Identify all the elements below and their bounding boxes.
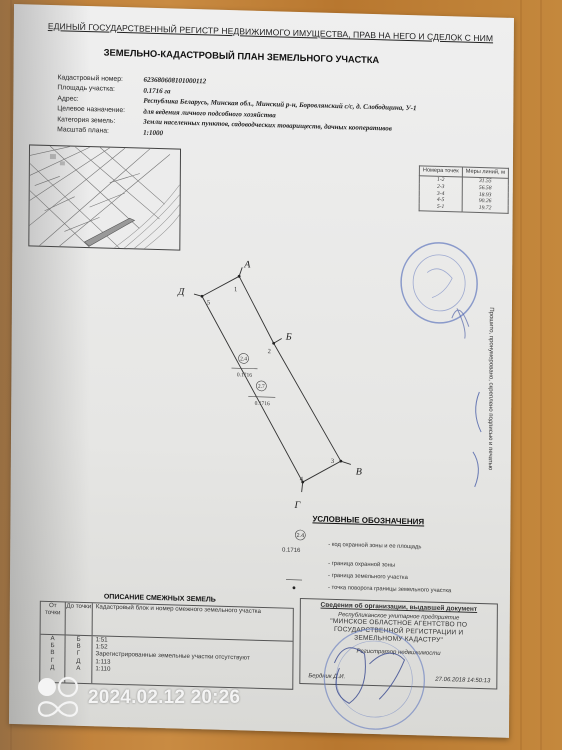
svg-text:3: 3 — [331, 458, 334, 465]
margin-certification-note: Прошито, пронумеровано, скреплено подпис… — [459, 301, 500, 512]
svg-text:1: 1 — [234, 286, 237, 293]
registrar-name: Бердник Д.И. — [308, 673, 345, 680]
svg-text:5: 5 — [207, 299, 210, 306]
issue-datetime: 27.06.2018 14:50:13 — [435, 677, 490, 685]
legend-item-turn-point: - точка поворота границы земельного учас… — [328, 585, 451, 594]
overview-map — [28, 144, 181, 250]
issuing-organization: Сведения об организации, выдавшей докуме… — [299, 598, 498, 690]
corner-g: Г — [294, 500, 301, 511]
svg-text:2: 2 — [268, 348, 271, 355]
line-lengths-table: Номера точек Меры линий, м 1-231.55 2-35… — [419, 165, 509, 213]
svg-text:2.7: 2.7 — [258, 384, 265, 390]
table-row: 5-119.72 — [419, 204, 508, 214]
document-title: ЗЕМЕЛЬНО-КАДАСТРОВЫЙ ПЛАН ЗЕМЕЛЬНОГО УЧА… — [104, 47, 380, 66]
svg-text:Прошито, пронумеровано, скрепл: Прошито, пронумеровано, скреплено подпис… — [487, 307, 494, 471]
corner-d: Д — [177, 287, 185, 298]
svg-text:0.1716: 0.1716 — [255, 401, 270, 407]
parcel-info: Кадастровый номер:623680608101000112 Пло… — [57, 72, 417, 145]
corner-a: А — [243, 259, 251, 270]
photo-timestamp: 2024.02.12 20:26 — [88, 687, 240, 709]
svg-text:0.1716: 0.1716 — [237, 372, 252, 378]
photo-timestamp-overlay: 2024.02.12 20:26 — [36, 676, 240, 720]
svg-text:2.4: 2.4 — [296, 533, 304, 539]
svg-text:2.4: 2.4 — [240, 356, 247, 362]
corner-b: Б — [285, 332, 292, 343]
legend-item-zone-code: - код охранной зоны и ее площадь — [328, 542, 421, 551]
svg-text:4: 4 — [300, 476, 304, 483]
document-sheet: ЕДИНЫЙ ГОСУДАРСТВЕННЫЙ РЕГИСТР НЕДВИЖИМО… — [9, 4, 514, 738]
legend-item-parcel-boundary: - граница земельного участка — [328, 573, 408, 581]
registry-header: ЕДИНЫЙ ГОСУДАРСТВЕННЫЙ РЕГИСТР НЕДВИЖИМО… — [48, 21, 493, 43]
official-stamp-icon — [397, 237, 488, 339]
legend-item-zone-boundary: - граница охранной зоны — [328, 561, 395, 569]
registrar-role: Регистратор недвижимости — [301, 647, 497, 658]
corner-v: В — [356, 467, 362, 478]
zone-label-1 — [231, 353, 275, 397]
legend-title: УСЛОВНЫЕ ОБОЗНАЧЕНИЯ — [312, 514, 424, 526]
svg-text:0.1716: 0.1716 — [282, 548, 301, 555]
camera-app-logo-icon — [36, 676, 80, 720]
